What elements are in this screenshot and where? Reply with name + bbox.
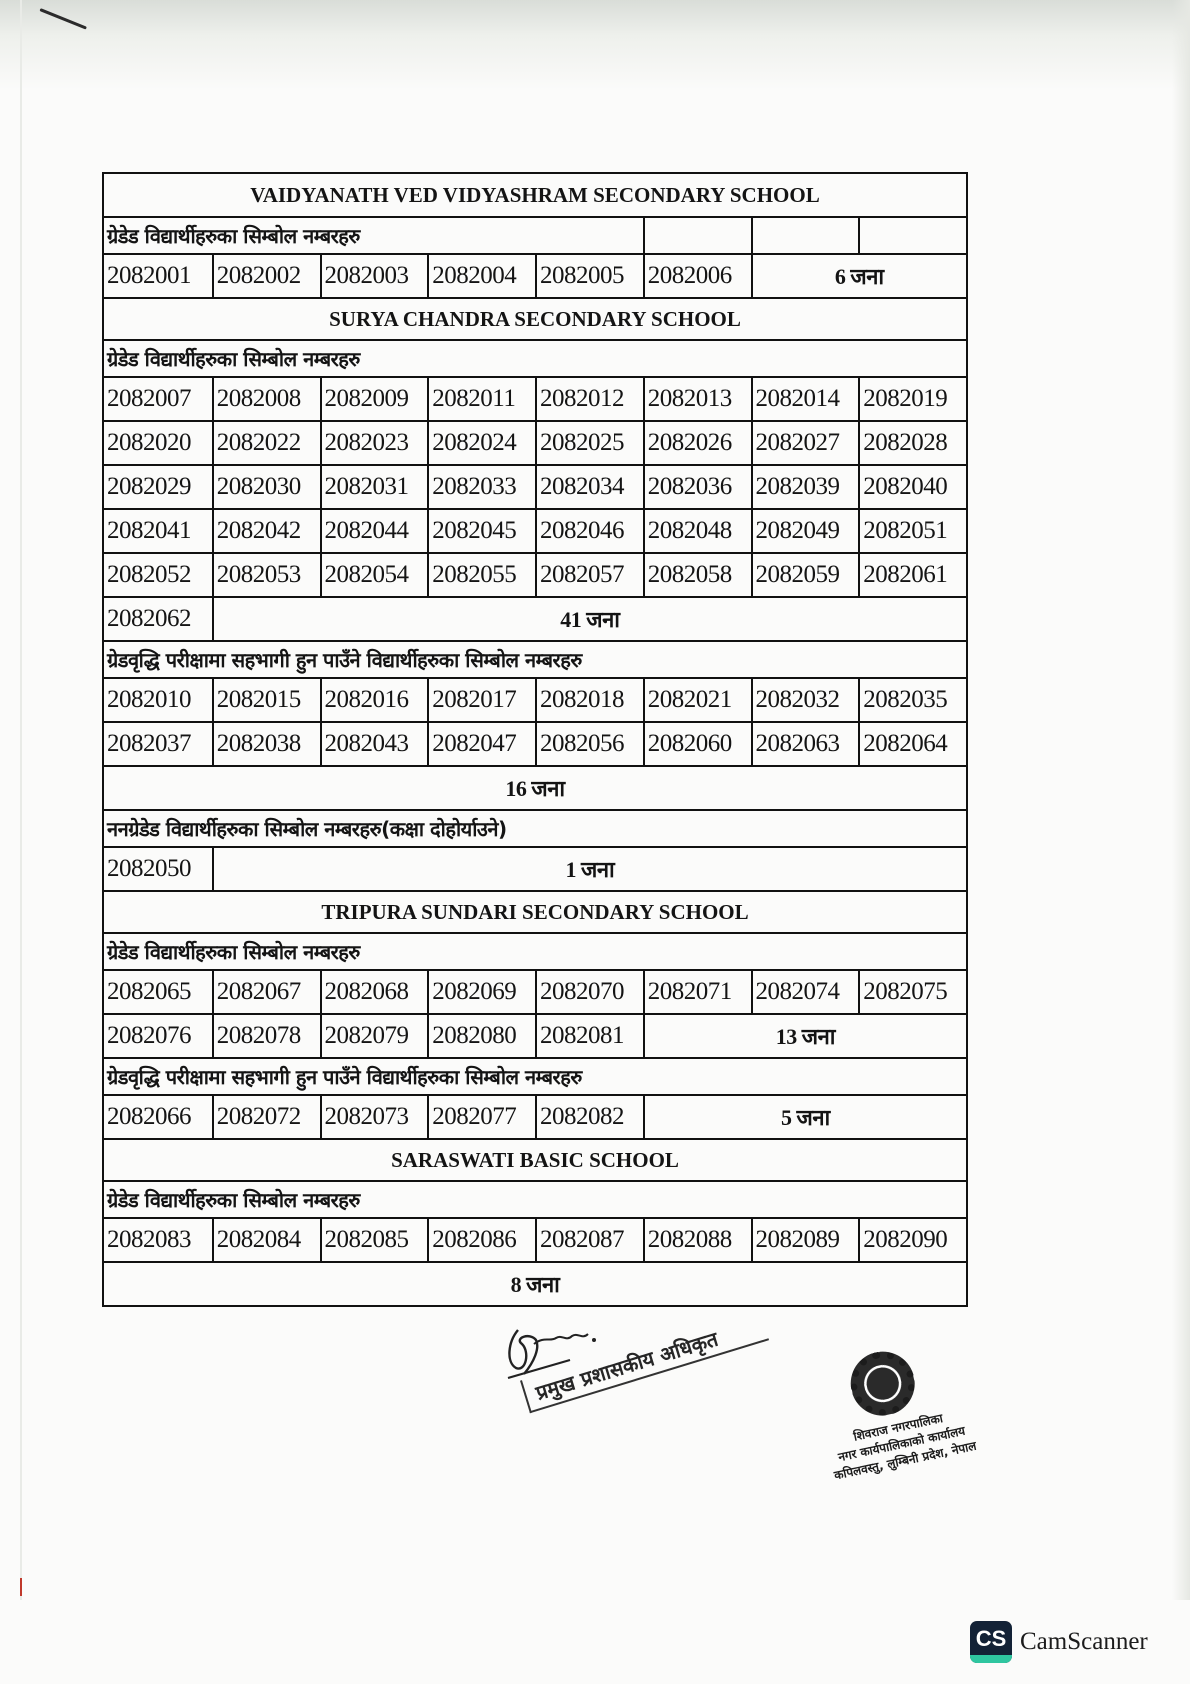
symbol-number-cell: 2082041 xyxy=(104,510,212,552)
symbol-number-cell: 2082010 xyxy=(104,679,212,721)
symbol-number-cell: 2082063 xyxy=(751,723,859,765)
symbol-number-cell: 2082078 xyxy=(212,1015,320,1057)
symbol-number-cell: 2082013 xyxy=(643,378,751,420)
symbol-number-cell: 2082062 xyxy=(104,598,212,640)
symbol-number-cell: 2082070 xyxy=(535,971,643,1013)
symbol-number-cell: 2082022 xyxy=(212,422,320,464)
school-title-row: TRIPURA SUNDARI SECONDARY SCHOOL xyxy=(104,890,966,932)
symbol-number-cell: 2082040 xyxy=(858,466,966,508)
symbol-number-cell: 2082077 xyxy=(427,1096,535,1138)
symbol-number-cell: 2082058 xyxy=(643,554,751,596)
symbol-number-cell: 2082080 xyxy=(427,1015,535,1057)
symbol-number-cell: 2082035 xyxy=(858,679,966,721)
symbol-number-cell: 2082083 xyxy=(104,1219,212,1261)
symbol-number-cell: 2082030 xyxy=(212,466,320,508)
empty-cell xyxy=(643,218,751,253)
symbol-number-cell: 2082020 xyxy=(104,422,212,464)
school-name: VAIDYANATH VED VIDYASHRAM SECONDARY SCHO… xyxy=(104,174,966,216)
symbol-number-cell: 2082047 xyxy=(427,723,535,765)
symbol-number-cell: 2082089 xyxy=(751,1219,859,1261)
symbol-number-cell: 2082067 xyxy=(212,971,320,1013)
symbol-number-cell: 2082048 xyxy=(643,510,751,552)
group-total: 13 जना xyxy=(643,1015,966,1057)
symbol-number-cell: 2082085 xyxy=(320,1219,428,1261)
symbol-number-cell: 2082017 xyxy=(427,679,535,721)
symbol-number-cell: 2082054 xyxy=(320,554,428,596)
symbol-number-cell: 2082002 xyxy=(212,255,320,297)
table-row: 2082041208204220820442082045208204620820… xyxy=(104,508,966,552)
symbol-number-cell: 2082081 xyxy=(535,1015,643,1057)
symbol-number-cell: 2082046 xyxy=(535,510,643,552)
group-label-row: ग्रेडेड विद्यार्थीहरुका सिम्बोल नम्बरहरु xyxy=(104,932,966,969)
symbol-number-cell: 2082031 xyxy=(320,466,428,508)
camscanner-brand: CamScanner xyxy=(1020,1628,1148,1656)
symbol-number-cell: 2082005 xyxy=(535,255,643,297)
symbol-number-cell: 2082069 xyxy=(427,971,535,1013)
group-total: 6 जना xyxy=(751,255,967,297)
symbol-number-table: VAIDYANATH VED VIDYASHRAM SECONDARY SCHO… xyxy=(102,172,968,1307)
group-label-row: ग्रेडवृद्धि परीक्षामा सहभागी हुन पाउँने … xyxy=(104,640,966,677)
table-row: 2082083208208420820852082086208208720820… xyxy=(104,1217,966,1261)
total-row: 8 जना xyxy=(104,1261,966,1305)
symbol-number-cell: 2082026 xyxy=(643,422,751,464)
symbol-number-cell: 2082052 xyxy=(104,554,212,596)
symbol-number-cell: 2082045 xyxy=(427,510,535,552)
symbol-number-cell: 2082079 xyxy=(320,1015,428,1057)
group-label-row: ग्रेडेड विद्यार्थीहरुका सिम्बोल नम्बरहरु xyxy=(104,216,966,253)
symbol-number-cell: 2082064 xyxy=(858,723,966,765)
symbol-number-cell: 2082001 xyxy=(104,255,212,297)
table-row: 208206620820722082073208207720820825 जना xyxy=(104,1094,966,1138)
scan-shadow-top xyxy=(0,0,1190,90)
group-label-row: ननग्रेडेड विद्यार्थीहरुका सिम्बोल नम्बरह… xyxy=(104,809,966,846)
camscanner-watermark: CS CamScanner xyxy=(970,1621,1148,1663)
symbol-number-cell: 2082087 xyxy=(535,1219,643,1261)
group-total: 5 जना xyxy=(643,1096,966,1138)
symbol-number-cell: 2082018 xyxy=(535,679,643,721)
symbol-number-cell: 2082006 xyxy=(643,255,751,297)
group-label: ग्रेडेड विद्यार्थीहरुका सिम्बोल नम्बरहरु xyxy=(104,341,966,376)
symbol-number-cell: 2082039 xyxy=(751,466,859,508)
table-row: 2082007208200820820092082011208201220820… xyxy=(104,376,966,420)
office-stamp: शिवराज नगरपालिका नगर कार्यपालिकाको कार्य… xyxy=(794,1326,996,1528)
page-edge-right xyxy=(1172,0,1190,1600)
symbol-number-cell: 2082066 xyxy=(104,1096,212,1138)
symbol-number-cell: 2082072 xyxy=(212,1096,320,1138)
symbol-number-cell: 2082019 xyxy=(858,378,966,420)
table-row: 2082029208203020820312082033208203420820… xyxy=(104,464,966,508)
group-label: ग्रेडेड विद्यार्थीहरुका सिम्बोल नम्बरहरु xyxy=(104,1182,966,1217)
table-row: 2082037208203820820432082047208205620820… xyxy=(104,721,966,765)
table-row: 2082065208206720820682082069208207020820… xyxy=(104,969,966,1013)
symbol-number-cell: 2082004 xyxy=(427,255,535,297)
group-label-row: ग्रेडेड विद्यार्थीहरुका सिम्बोल नम्बरहरु xyxy=(104,1180,966,1217)
group-label-row: ग्रेडेड विद्यार्थीहरुका सिम्बोल नम्बरहरु xyxy=(104,339,966,376)
symbol-number-cell: 2082050 xyxy=(104,848,212,890)
symbol-number-cell: 2082029 xyxy=(104,466,212,508)
school-title-row: VAIDYANATH VED VIDYASHRAM SECONDARY SCHO… xyxy=(104,174,966,216)
group-total: 16 जना xyxy=(104,767,966,809)
symbol-number-cell: 2082015 xyxy=(212,679,320,721)
group-label: ग्रेडवृद्धि परीक्षामा सहभागी हुन पाउँने … xyxy=(104,642,966,677)
group-label-row: ग्रेडवृद्धि परीक्षामा सहभागी हुन पाउँने … xyxy=(104,1057,966,1094)
symbol-number-cell: 2082027 xyxy=(751,422,859,464)
table-row: 2082052208205320820542082055208205720820… xyxy=(104,552,966,596)
page-edge-left xyxy=(20,0,22,1600)
symbol-number-cell: 2082011 xyxy=(427,378,535,420)
symbol-number-cell: 2082068 xyxy=(320,971,428,1013)
symbol-number-cell: 2082075 xyxy=(858,971,966,1013)
symbol-number-cell: 2082009 xyxy=(320,378,428,420)
table-row: 2082001208200220820032082004208200520820… xyxy=(104,253,966,297)
symbol-number-cell: 2082023 xyxy=(320,422,428,464)
symbol-number-cell: 2082003 xyxy=(320,255,428,297)
emblem-icon xyxy=(845,1346,921,1422)
symbol-number-cell: 2082021 xyxy=(643,679,751,721)
table-row: 2082076208207820820792082080208208113 जन… xyxy=(104,1013,966,1057)
symbol-number-cell: 2082043 xyxy=(320,723,428,765)
symbol-number-cell: 2082025 xyxy=(535,422,643,464)
school-title-row: SURYA CHANDRA SECONDARY SCHOOL xyxy=(104,297,966,339)
symbol-number-cell: 2082044 xyxy=(320,510,428,552)
symbol-number-cell: 2082071 xyxy=(643,971,751,1013)
table-row: 2082020208202220820232082024208202520820… xyxy=(104,420,966,464)
symbol-number-cell: 2082036 xyxy=(643,466,751,508)
group-label: ग्रेडेड विद्यार्थीहरुका सिम्बोल नम्बरहरु xyxy=(104,934,966,969)
group-total: 41 जना xyxy=(212,598,966,640)
table-row: 2082010208201520820162082017208201820820… xyxy=(104,677,966,721)
symbol-number-cell: 2082034 xyxy=(535,466,643,508)
symbol-number-cell: 2082008 xyxy=(212,378,320,420)
symbol-number-cell: 2082065 xyxy=(104,971,212,1013)
symbol-number-cell: 2082049 xyxy=(751,510,859,552)
scan-artifact-tick xyxy=(20,1578,22,1596)
school-name: SARASWATI BASIC SCHOOL xyxy=(104,1140,966,1180)
total-row: 16 जना xyxy=(104,765,966,809)
symbol-number-cell: 2082053 xyxy=(212,554,320,596)
symbol-number-cell: 2082032 xyxy=(751,679,859,721)
symbol-number-cell: 2082088 xyxy=(643,1219,751,1261)
symbol-number-cell: 2082060 xyxy=(643,723,751,765)
camscanner-logo-icon: CS xyxy=(970,1621,1012,1663)
symbol-number-cell: 2082059 xyxy=(751,554,859,596)
school-title-row: SARASWATI BASIC SCHOOL xyxy=(104,1138,966,1180)
empty-cell xyxy=(858,218,966,253)
symbol-number-cell: 2082074 xyxy=(751,971,859,1013)
symbol-number-cell: 2082076 xyxy=(104,1015,212,1057)
group-total: 1 जना xyxy=(212,848,966,890)
symbol-number-cell: 2082073 xyxy=(320,1096,428,1138)
group-label: ग्रेडवृद्धि परीक्षामा सहभागी हुन पाउँने … xyxy=(104,1059,966,1094)
symbol-number-cell: 2082061 xyxy=(858,554,966,596)
symbol-number-cell: 2082038 xyxy=(212,723,320,765)
symbol-number-cell: 2082084 xyxy=(212,1219,320,1261)
group-label: ननग्रेडेड विद्यार्थीहरुका सिम्बोल नम्बरह… xyxy=(104,811,966,846)
symbol-number-cell: 2082082 xyxy=(535,1096,643,1138)
table-row: 20820501 जना xyxy=(104,846,966,890)
group-total: 8 जना xyxy=(104,1263,966,1305)
stamp-text: शिवराज नगरपालिका नगर कार्यपालिकाको कार्य… xyxy=(818,1403,985,1486)
school-name: TRIPURA SUNDARI SECONDARY SCHOOL xyxy=(104,892,966,932)
symbol-number-cell: 2082007 xyxy=(104,378,212,420)
symbol-number-cell: 2082055 xyxy=(427,554,535,596)
school-name: SURYA CHANDRA SECONDARY SCHOOL xyxy=(104,299,966,339)
group-label: ग्रेडेड विद्यार्थीहरुका सिम्बोल नम्बरहरु xyxy=(104,218,643,253)
table-row: 208206241 जना xyxy=(104,596,966,640)
symbol-number-cell: 2082014 xyxy=(751,378,859,420)
symbol-number-cell: 2082033 xyxy=(427,466,535,508)
symbol-number-cell: 2082090 xyxy=(858,1219,966,1261)
symbol-number-cell: 2082086 xyxy=(427,1219,535,1261)
symbol-number-cell: 2082028 xyxy=(858,422,966,464)
symbol-number-cell: 2082037 xyxy=(104,723,212,765)
symbol-number-cell: 2082016 xyxy=(320,679,428,721)
symbol-number-cell: 2082024 xyxy=(427,422,535,464)
symbol-number-cell: 2082042 xyxy=(212,510,320,552)
empty-cell xyxy=(751,218,859,253)
symbol-number-cell: 2082056 xyxy=(535,723,643,765)
symbol-number-cell: 2082057 xyxy=(535,554,643,596)
symbol-number-cell: 2082012 xyxy=(535,378,643,420)
symbol-number-cell: 2082051 xyxy=(858,510,966,552)
